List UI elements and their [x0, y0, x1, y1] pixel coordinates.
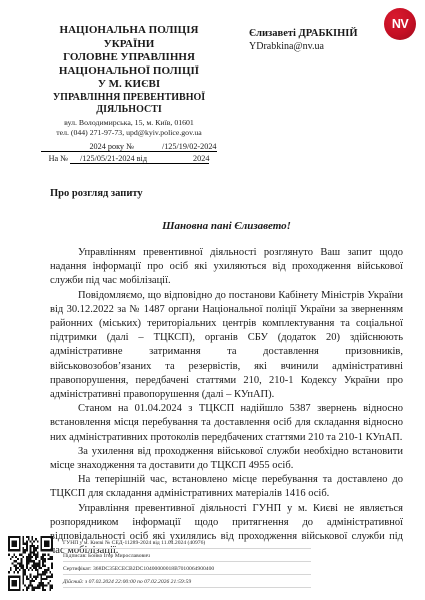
recipient-block: Єлизаветі ДРАБКІНІЙ YDrabkina@nv.ua	[249, 27, 358, 53]
org-title-line: У М. КИЄВІ	[30, 78, 228, 92]
paragraph: На теперішній час, встановлено місце пер…	[50, 473, 403, 501]
esignature-signer: Підписав: Бойко Ігор Мирославович	[63, 549, 311, 562]
ref-line-outgoing: 2024 року № /125/19/02-2024	[30, 141, 228, 154]
ref-incoming-number: /125/05/21-2024	[80, 154, 135, 163]
ref-outgoing-number: /125/19/02-2024	[162, 142, 217, 151]
ref-incoming-label: На №	[49, 154, 70, 163]
ref-date-label: 2024 року №	[89, 142, 135, 151]
esignature-doc-number: ГУНП у м. Києві № СЕД-11289-2024 від 11.…	[63, 536, 311, 549]
esignature-details: ГУНП у м. Києві № СЕД-11289-2024 від 11.…	[63, 536, 311, 591]
blank-fill	[136, 148, 162, 149]
nv-logo-text: NV	[392, 17, 408, 31]
ref-line-incoming: На № /125/05/21-2024 від 2024	[30, 153, 228, 166]
org-subtitle-line: ДІЯЛЬНОСТІ	[30, 104, 228, 116]
org-title-line: НАЦІОНАЛЬНА ПОЛІЦІЯ	[30, 24, 228, 38]
greeting: Шановна пані Єлизавето!	[50, 220, 403, 232]
recipient-name: Єлизаветі ДРАБКІНІЙ	[249, 27, 358, 40]
org-address-street: вул. Володимирська, 15, м. Київ, 01601	[30, 118, 228, 128]
org-subtitle-line: УПРАВЛІННЯ ПРЕВЕНТИВНОЇ	[30, 92, 228, 104]
org-title-line: УКРАЇНИ	[30, 38, 228, 52]
org-title-line: ГОЛОВНЕ УПРАВЛІННЯ	[30, 51, 228, 65]
org-address-contact: тел. (044) 271-97-73, upd@kyiv.police.go…	[30, 128, 228, 138]
letter-body: Управлінням превентивної діяльності розг…	[50, 246, 403, 558]
org-title-line: НАЦІОНАЛЬНОЇ ПОЛІЦІЇ	[30, 65, 228, 79]
paragraph: За ухилення від проходження військової с…	[50, 445, 403, 473]
paragraph: Управлінням превентивної діяльності розг…	[50, 246, 403, 289]
blank-fill	[149, 160, 193, 161]
org-title: НАЦІОНАЛЬНА ПОЛІЦІЯ УКРАЇНИ ГОЛОВНЕ УПРА…	[30, 24, 228, 92]
ref-incoming-from-label: від	[135, 154, 149, 163]
ref-incoming-year: 2024	[193, 154, 209, 163]
esignature-validity: Дійсний: з 07.02.2024 22:00:00 по 07.02.…	[63, 575, 311, 588]
paragraph: Повідомляємо, що відповідно до постанови…	[50, 289, 403, 403]
org-address: вул. Володимирська, 15, м. Київ, 01601 т…	[30, 118, 228, 138]
qr-code	[8, 536, 53, 591]
blank-fill	[70, 160, 80, 161]
esignature-stamp: ГУНП у м. Києві № СЕД-11289-2024 від 11.…	[8, 536, 311, 591]
subject-line: Про розгляд запиту	[50, 188, 143, 199]
blank-fill	[41, 148, 89, 149]
reference-numbers: 2024 року № /125/19/02-2024 На № /125/05…	[30, 141, 228, 166]
letterhead: НАЦІОНАЛЬНА ПОЛІЦІЯ УКРАЇНИ ГОЛОВНЕ УПРА…	[30, 24, 228, 166]
paragraph: Станом на 01.04.2024 з ТЦКСП надійшло 53…	[50, 402, 403, 445]
recipient-email: YDrabkina@nv.ua	[249, 40, 358, 53]
org-subtitle: УПРАВЛІННЯ ПРЕВЕНТИВНОЇ ДІЯЛЬНОСТІ	[30, 92, 228, 116]
esignature-certificate: Сертифікат: 368DC35ECECB2DC10400000018B7…	[63, 562, 311, 575]
letter-page: НАЦІОНАЛЬНА ПОЛІЦІЯ УКРАЇНИ ГОЛОВНЕ УПРА…	[0, 0, 425, 600]
nv-logo: NV	[384, 8, 416, 40]
